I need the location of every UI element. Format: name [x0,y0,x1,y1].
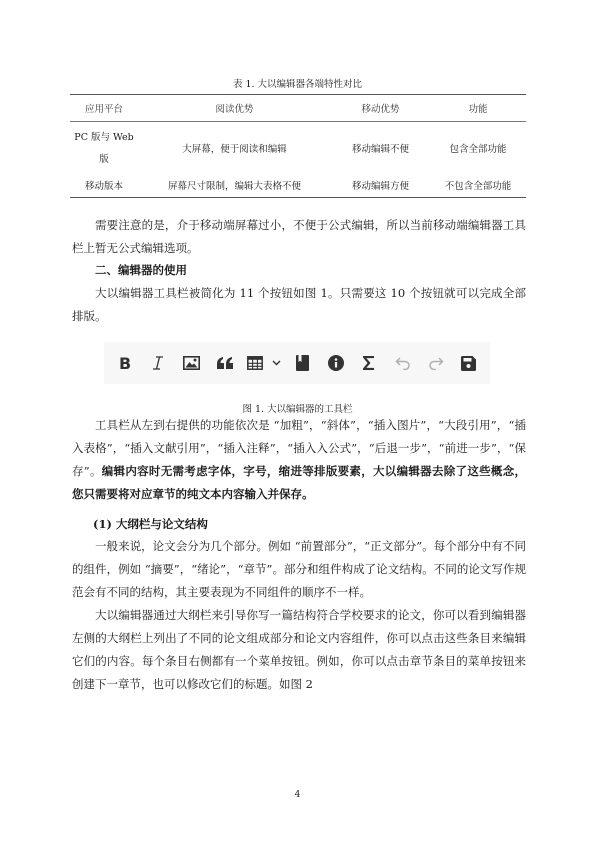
table-cell: 不包含全部功能 [430,174,526,198]
redo-button[interactable] [425,352,447,374]
toolbar-intro-paragraph: 大以编辑器工具栏被简化为 11 个按钮如图 1。只需要这 10 个按钮就可以完成… [72,282,526,328]
page-number: 4 [0,790,595,800]
image-icon [183,356,200,370]
bold-button[interactable]: B [114,352,136,374]
outline-paragraph: 大以编辑器通过大纲栏来引导你写一篇结构符合学校要求的论文，你可以看到编辑器左侧的… [72,604,526,696]
table-icon [247,356,263,370]
bold-icon: B [118,355,132,371]
undo-icon [395,357,411,370]
note-paragraph: 需要注意的是，介于移动端屏幕过小，不便于公式编辑，所以当前移动端编辑器工具栏上暂… [72,214,526,260]
section-heading: 二、编辑器的使用 [95,262,187,278]
table-header-cell: 应用平台 [70,95,138,122]
image-button[interactable] [180,352,202,374]
redo-icon [428,357,444,370]
table-cell: PC 版与 Web 版 [70,122,138,174]
info-icon [328,355,344,371]
chevron-down-icon [272,360,281,366]
sigma-icon [363,356,375,370]
citation-button[interactable] [292,352,314,374]
structure-paragraph: 一般来说，论文会分为几个部分。例如 “前置部分”，“正文部分”。每个部分中有不同… [72,535,526,604]
table-cell: 移动版本 [70,174,138,198]
table-header-row: 应用平台 阅读优势 移动优势 功能 [70,95,526,122]
table-cell: 包含全部功能 [430,122,526,174]
italic-icon [152,355,164,371]
table-header-cell: 移动优势 [331,95,430,122]
table-row: 移动版本 屏幕尺寸限制，编辑大表格不便 移动编辑方便 不包含全部功能 [70,174,526,198]
figure-caption: 图 1. 大以编辑器的工具栏 [0,401,595,415]
subheading: (1) 大纲栏与论文结构 [93,516,208,532]
undo-button[interactable] [392,352,414,374]
comparison-table: 应用平台 阅读优势 移动优势 功能 PC 版与 Web 版 大屏幕，便于阅读和编… [70,94,526,198]
formula-button[interactable] [358,352,380,374]
table-cell: 大屏幕，便于阅读和编辑 [138,122,331,174]
svg-text:B: B [119,355,131,371]
table-cell: 移动编辑不便 [331,122,430,174]
table-cell: 屏幕尺寸限制，编辑大表格不便 [138,174,331,198]
quote-icon [217,357,233,369]
table-row: PC 版与 Web 版 大屏幕，便于阅读和编辑 移动编辑不便 包含全部功能 [70,122,526,174]
annotation-button[interactable] [325,352,347,374]
table-caption: 表 1. 大以编辑器各端特性对比 [0,76,595,90]
quote-button[interactable] [214,352,236,374]
table-header-cell: 功能 [430,95,526,122]
table-cell: 移动编辑方便 [331,174,430,198]
table-button[interactable] [247,352,281,374]
italic-button[interactable] [147,352,169,374]
save-icon [461,356,476,371]
toolbar-description-paragraph: 工具栏从左到右提供的功能依次是 “加粗”，“斜体”，“插入图片”，“大段引用”，… [72,414,526,506]
bookmark-icon [296,355,309,371]
table-header-cell: 阅读优势 [138,95,331,122]
toolbar-description-emphasis: 编辑内容时无需考虑字体，字号，缩进等排版要素，大以编辑器去除了这些概念，您只需要… [72,464,526,501]
editor-toolbar: B [104,342,490,384]
save-button[interactable] [458,352,480,374]
